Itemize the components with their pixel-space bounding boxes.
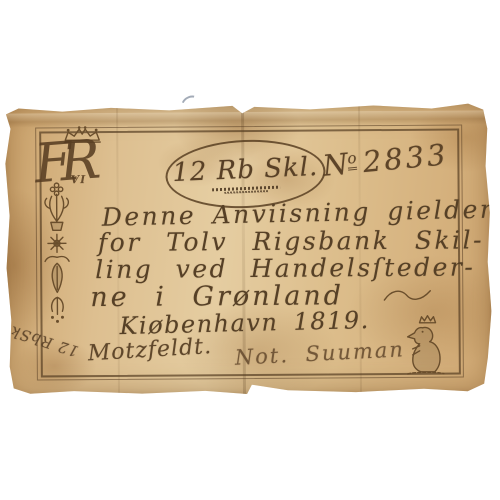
floral-scepter-ornament-icon (39, 181, 76, 323)
crowned-polar-bear-icon (401, 315, 449, 377)
microtext-line-2 (224, 190, 268, 194)
serial-prefix: N (321, 147, 349, 183)
body-line-3: ling ved Handelsſteder- (95, 252, 475, 284)
photo-canvas: FR VI (0, 0, 500, 500)
pen-flourish-swash-icon (381, 287, 433, 305)
oval-denomination-text: 12 Rb Skl. (172, 152, 319, 188)
serial-superscript: o (347, 149, 358, 171)
banknote: FR VI (4, 102, 492, 395)
